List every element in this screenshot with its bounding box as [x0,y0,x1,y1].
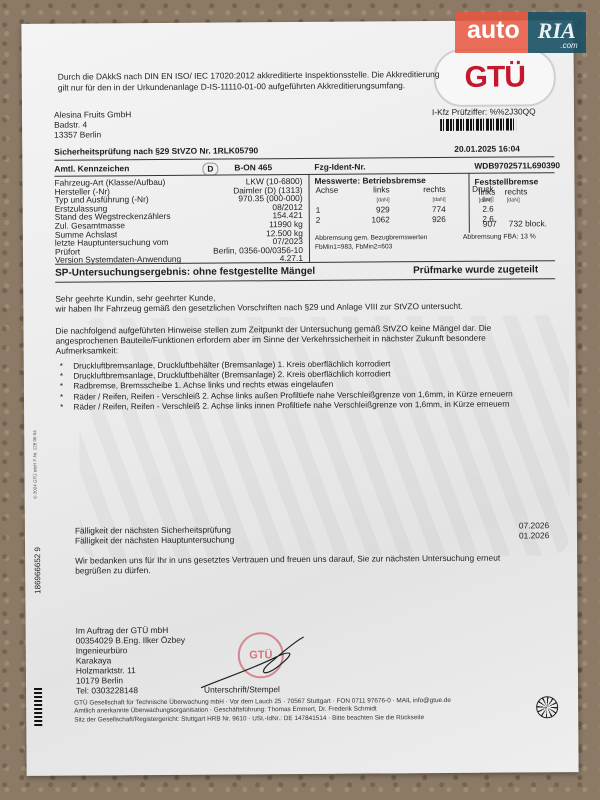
parking-brake-note: Abbremsung FBA: 13 % [463,232,536,243]
brake-table-row: 210629262.6 [313,215,497,226]
thanks-line-2: begrüßen zu dürfen. [75,565,151,576]
footer-line: Sitz der Gesellschaft/Registergericht: S… [74,714,451,725]
parking-brake-right-value: 732 block. [509,218,547,229]
autoria-brand-left: auto [455,12,528,53]
inspection-report-paper: GTÜ Durch die DAkkS nach DIN EN ISO/ IEC… [21,20,578,776]
plate-number: B-ON 465 [234,162,272,173]
plate-country: D [202,163,218,176]
gtu-logo: GTÜ [434,48,556,107]
pruefziffer: I-Kfz Prüfziffer: %%2J30QQ [432,106,536,117]
plate-label: Amtl. Kennzeichen [54,163,129,174]
notes-list: Druckluftbremsanlage, Druckluftbehälter … [60,359,513,413]
vin-number: WDB9702571L690390 [474,160,560,171]
autoria-watermark: auto RIA.com [455,12,586,53]
service-brake-note-2: FbMin1=983, FbMin2=603 [315,242,392,253]
gtu-watermark-pattern [78,315,570,558]
signature-label: Unterschrift/Stempel [204,684,280,695]
customer-city: 13357 Berlin [54,129,101,140]
vin-label: Fzg-Ident-Nr. [314,162,365,173]
parking-brake-left-value: 907 [483,219,497,230]
form-serial-number: 186966652 9 [33,547,42,594]
form-print-code: © 2024 GTÜ mbH F-Nr. 128 06 04 [32,430,37,499]
side-barcode-icon [34,688,42,728]
due-main-label: Fälligkeit der nächsten Hauptuntersuchun… [75,534,234,546]
inspection-seal-icon [536,696,558,718]
accreditation-line-2: gilt nur für den in der Urkundenanlage D… [58,80,405,93]
due-main-value: 01.2026 [519,530,549,541]
result-text: SP-Untersuchungsergebnis: ohne festgeste… [55,267,315,279]
parking-brake-unit-left: [daN] [479,196,492,207]
inspector-line: Tel: 0303228148 [76,685,138,696]
report-datetime: 20.01.2025 16:04 [454,143,520,154]
service-brake-table: AchselinksrechtsDruck[daN][daN][bar]1929… [313,185,497,226]
greeting-line-2: wir haben Ihr Fahrzeug gemäß den gesetzl… [55,301,462,314]
barcode-icon [440,118,516,131]
intro-line-3: Aufmerksamkeit: [56,345,118,356]
result-badge: Prüfmarke wurde zugeteilt [413,265,538,276]
report-title: Sicherheitsprüfung nach §29 StVZO Nr. 1R… [54,145,258,157]
parking-brake-unit-right: [daN] [507,195,520,206]
autoria-brand-right: RIA.com [528,12,586,53]
company-footer: GTÜ Gesellschaft für Technische Überwach… [74,697,451,725]
